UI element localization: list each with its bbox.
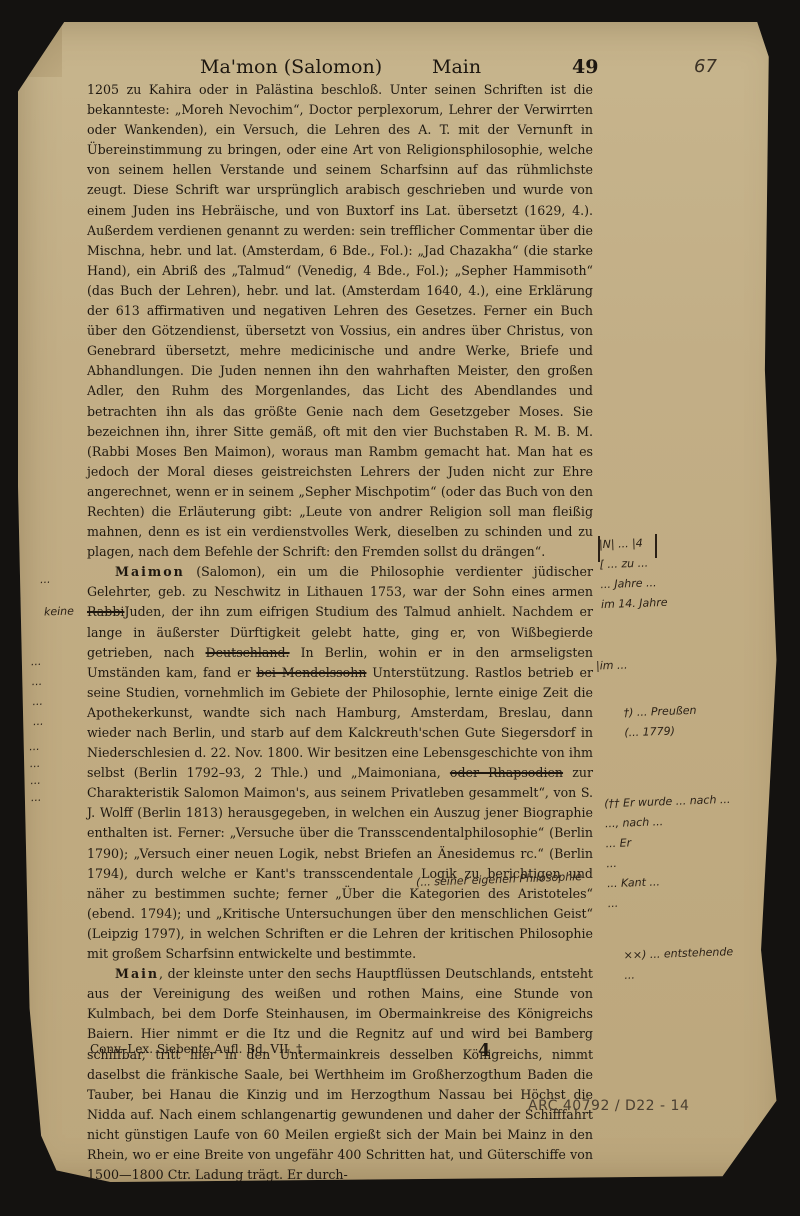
struck-text: Deutschland.	[206, 645, 290, 660]
handwritten-note-right-3: †) ... Preußen (... 1779)	[623, 701, 697, 744]
handwritten-note-right-2: |im ...	[596, 655, 628, 676]
archive-shelfmark: ARC 40792 / D22 - 14	[528, 1098, 689, 1114]
signature-line: Conv.-Lex. Siebente Aufl. Bd. VII. †	[90, 1042, 302, 1056]
handwritten-note-right-4: (†† Er wurde ... nach ... ..., nach ... …	[604, 790, 734, 914]
handwritten-note-right-5: ××) ... entstehende ...	[623, 942, 734, 986]
struck-text: bei Mendelssohn	[256, 665, 366, 680]
maimonides-continuation: 1205 zu Kahira oder in Palästina beschlo…	[87, 80, 593, 562]
main-lemma: Main	[115, 966, 159, 981]
handwritten-note-right-1: |N| ... |4 [ ... zu ... ... Jahre ... im…	[599, 533, 668, 615]
maimon-lemma: Maimon	[115, 564, 185, 579]
main-entry: Main, der kleinste unter den sechs Haupt…	[87, 964, 593, 1185]
margin-bracket	[598, 536, 600, 562]
margin-bracket	[655, 534, 657, 558]
struck-text: Rabbi	[87, 604, 124, 619]
handwritten-note-left-1: ...	[40, 570, 51, 590]
handwritten-note-left-2: keine	[44, 601, 75, 622]
header-right-lemma: Main	[432, 56, 481, 78]
sheet-annotation: 67	[694, 56, 717, 77]
sheet-number: 4	[478, 1040, 491, 1061]
article-body: 1205 zu Kahira oder in Palästina beschlo…	[87, 80, 593, 1185]
page-footer: Conv.-Lex. Siebente Aufl. Bd. VII. † 4	[90, 1040, 590, 1064]
struck-text: oder Rhapsodien	[450, 765, 563, 780]
maimon-entry: Maimon (Salomon), ein um die Philosophie…	[87, 562, 593, 964]
header-left-lemma: Ma'mon (Salomon)	[200, 56, 382, 78]
page-number: 49	[572, 56, 598, 78]
